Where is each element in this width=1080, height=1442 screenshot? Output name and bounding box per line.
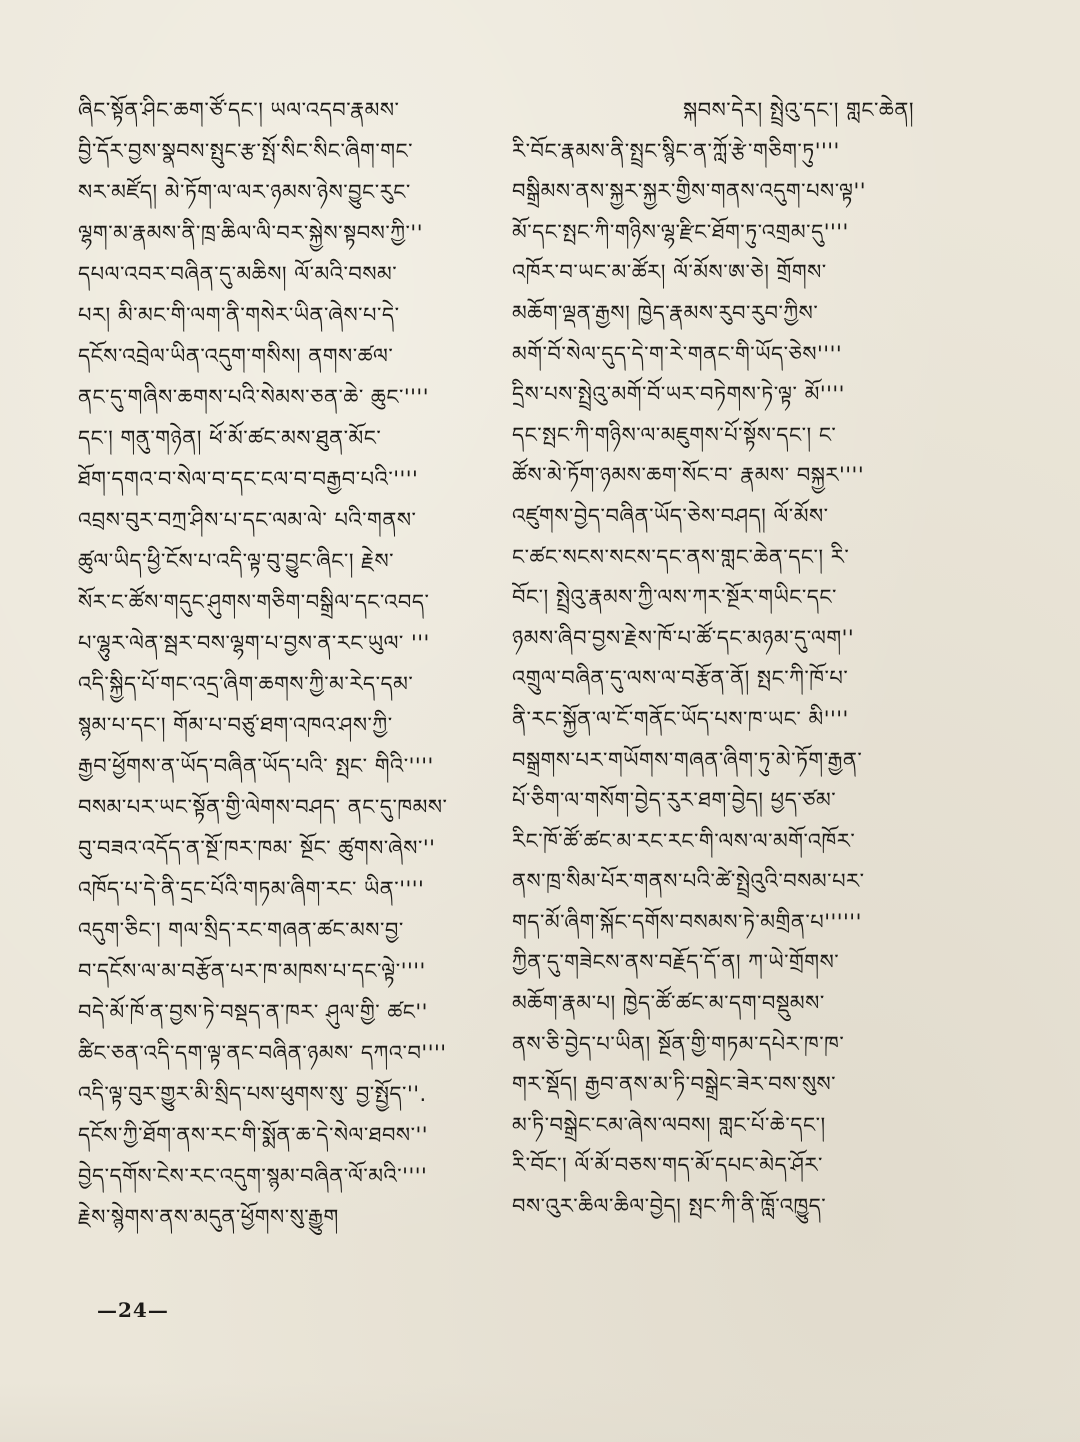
text-line: བ་དངོས་ལ་མ་བརྩོན་པར་ཁ་མཁས་པ་དང་ལྟེ་'''' <box>78 951 483 992</box>
text-line: གད་མོ་ཞིག་སྐོང་དགོས་བསམས་ཏེ་མགྲིན་པ'''''… <box>512 902 914 943</box>
text-line: ཐོག་དགའ་བ་སེལ་བ་དང་ངལ་བ་བརྒྱབ་པའི་'''' <box>78 459 483 500</box>
text-line: ཀྱིན་དུ་གཟེངས་ནས་བརྗོད་དོ་ན། ཀ་ཡེ་གྲོགས་ <box>512 942 914 983</box>
left-text-column: ཞིང་སྟོན་ཤིང་ཆག་ཙོ་དང་། ཡལ་འདབ་རྣམས་ བྱི… <box>78 90 483 1238</box>
page-bottom-shade <box>0 1382 1080 1442</box>
text-line: བས་འུར་ཆིལ་ཆིལ་བྱེད། སྤང་ཀི་ནི་ཁློ་འཁྱུད… <box>512 1186 914 1227</box>
text-line: དཔལ་འབར་བཞིན་དུ་མཆིས། ལོ་མའི་བསམ་ <box>78 254 483 295</box>
text-line: འདི་ལྟ་བུར་གྱུར་མི་སྲིད་པས་ཕུགས་སུ་ བྱ་ས… <box>78 1074 483 1115</box>
text-line: རི་བོང་། ལོ་མོ་བཅས་གད་མོ་དཔང་མེད་ཤོར་ <box>512 1145 914 1186</box>
text-line: བསྒྲགས་པར་གཡོགས་གཞན་ཞིག་ཏུ་མེ་ཏོག་རྒྱན་ <box>512 740 914 781</box>
text-line: ཚོས་མེ་ཏོག་ཉམས་ཆག་སོང་བ་ རྣམས་ བསྐྱར'''' <box>512 455 914 496</box>
text-line: བསམ་པར་ཡང་སྟོན་གྱི་ལེགས་བཤད་ ནང་དུ་ཁམས་ <box>78 787 483 828</box>
text-line: འགྲུལ་བཞིན་དུ་ལས་ལ་བརྩོན་ནོ། སྤང་ཀི་ཁོ་པ… <box>512 658 914 699</box>
text-line: ནས་ཁྲ་སིམ་པོར་གནས་པའི་ཚེ་སྤྲེའུའི་བསམ་པར… <box>512 861 914 902</box>
text-line: མ་ཏི་བསྒྲེང་ངམ་ཞེས་ལབས། གླང་པོ་ཆེ་དང་། <box>512 1105 914 1146</box>
text-line: སྙམ་པ་དང་། གོམ་པ་བཙུ་ཐག་འཁའ་ཤས་ཀྱི་ <box>78 705 483 746</box>
text-line: འཛུགས་བྱེད་བཞིན་ཡོད་ཅེས་བཤད། ལོ་མོས་ <box>512 496 914 537</box>
text-line: འདུག་ཅིང་། གལ་སྲིད་རང་གཞན་ཚང་མས་བྱ་ <box>78 910 483 951</box>
text-line: གར་སྡོད། རྒྱབ་ནས་མ་ཏི་བསྒྲེང་ཟེར་བས་སུས་ <box>512 1064 914 1105</box>
text-line: སར་མཛོད། མེ་ཏོག་ལ་ལར་ཉམས་ཉེས་བྱུང་རུང་ <box>78 172 483 213</box>
text-line: རི་བོང་རྣམས་ནི་སྤྲང་སྙིང་ན་ཀློ་རྩེ་གཅིག་… <box>512 131 914 172</box>
text-line: དངོས་འབྲེལ་ཡིན་འདུག་གསིས། ནགས་ཚལ་ <box>78 336 483 377</box>
text-line: བདེ་མོ་ཁོ་ན་བྱས་ཏེ་བསྡད་ན་ཁར་ ཤུལ་གྱི་ ཚ… <box>78 992 483 1033</box>
text-line: ནས་ཅི་བྱེད་པ་ཡིན། སྔོན་གྱི་གཏམ་དཔེར་ཁ་ཁ་ <box>512 1024 914 1065</box>
text-line: མོ་དང་སྤང་ཀི་གཉིས་ལྷ་རྫིང་ཐོག་ཏུ་འགྲམ་དུ… <box>512 212 914 253</box>
text-line: དང་སྤང་ཀི་གཉིས་ལ་མཇུགས་པོ་སྟོས་དང་། ང་ <box>512 415 914 456</box>
book-page: ཞིང་སྟོན་ཤིང་ཆག་ཙོ་དང་། ཡལ་འདབ་རྣམས་ བྱི… <box>0 0 1080 1442</box>
text-line: བསྒྲིམས་ནས་སྐྱར་སྐྱར་གྱིས་གནས་འདུག་པས་ལྟ… <box>512 171 914 212</box>
right-text-column: སྐབས་དེར། སྤྲེའུ་དང་། གླང་ཆེན། རི་བོང་རྣ… <box>512 90 914 1227</box>
text-line: ལྷག་མ་རྣམས་ནི་ཁྲ་ཆིལ་ལི་བར་སྐྱེས་སྟབས་ཀྱ… <box>78 213 483 254</box>
text-line: རིང་ཁོ་ཚོ་ཚང་མ་རང་རང་གི་ལས་ལ་མགོ་འཁོར་ <box>512 821 914 862</box>
text-line: སྐབས་དེར། སྤྲེའུ་དང་། གླང་ཆེན། <box>512 90 914 131</box>
text-line: བྱི་དོར་བྱས་སྣབས་སྤུང་རྩ་སྤོ་སིང་སིང་ཞིག… <box>78 131 483 172</box>
text-line: མཆོག་ལྡན་རྒྱས། ཁྱེད་རྣམས་རུབ་རུབ་ཀྱིས་ <box>512 293 914 334</box>
text-line: ནི་རང་སྐྱོན་ལ་ངོ་གནོང་ཡོད་པས་ཁ་ཡང་ མི'''… <box>512 699 914 740</box>
text-line: མཆོག་རྣམ་པ། ཁྱེད་ཚོ་ཚང་མ་དག་བསྡུམས་ <box>512 983 914 1024</box>
text-line: དང་། གནུ་གཉེན། ཕོ་མོ་ཚང་མས་ཐུན་མོང་ <box>78 418 483 459</box>
text-line: ནང་དུ་གཞིས་ཆགས་པའི་སེམས་ཅན་ཆེ་ ཆུང་'''' <box>78 377 483 418</box>
text-line: ཉམས་ཞིབ་བྱས་རྗེས་ཁོ་པ་ཚོ་དང་མཉམ་དུ་ལག'' <box>512 618 914 659</box>
text-line: རྗེས་སྙེགས་ནས་མདུན་ཕྱོགས་སུ་རྒྱུག <box>78 1197 483 1238</box>
text-line: དངོས་ཀྱི་ཐོག་ནས་རང་གི་སྨོན་ཆ་དེ་སེལ་ཐབས་… <box>78 1115 483 1156</box>
text-line: བྱེད་དགོས་ངེས་རང་འདུག་སྙམ་བཞིན་ལོ་མའི་''… <box>78 1156 483 1197</box>
text-line: འདི་སྐྱིད་པོ་གང་འདྲ་ཞིག་ཆགས་ཀྱི་མ་རེད་དམ… <box>78 664 483 705</box>
text-line: ཞིང་སྟོན་ཤིང་ཆག་ཙོ་དང་། ཡལ་འདབ་རྣམས་ <box>78 90 483 131</box>
page-number: —24— <box>97 1298 169 1322</box>
text-line: པར། མི་མང་གི་ལག་ནི་གསེར་ཡིན་ཞེས་པ་དེ་ <box>78 295 483 336</box>
text-line: མགོ་བོ་སེལ་དུད་དེ་ག་རེ་གནང་གི་ཡོད་ཅེས'''… <box>512 334 914 375</box>
text-line: ཚིང་ཅན་འདི་དག་ལྟ་ནང་བཞིན་ཉམས་ དཀའ་བ'''' <box>78 1033 483 1074</box>
text-line: སོར་ང་ཚོས་གདུང་ཤུགས་གཅིག་བསྒྲིལ་དང་འབད་ <box>78 582 483 623</box>
text-line: བུ་བཟའ་འདོད་ན་སྔོ་ཁར་ཁམ་ སྔོང་ ཚུགས་ཞེས་… <box>78 828 483 869</box>
text-line: དྲིས་པས་སྤྲེའུ་མགོ་བོ་ཡར་བཏེགས་ཏེ་ལྟ་ མོ… <box>512 374 914 415</box>
text-line: པ་ལྷུར་ལེན་སྦར་བས་ལྷག་པ་བྱས་ན་རང་ཡུལ་ ''… <box>78 623 483 664</box>
text-line: འཁོར་བ་ཡང་མ་ཚོར། ལོ་མོས་ཨ་ཅེ། གྲོགས་ <box>512 252 914 293</box>
text-line: པོ་ཅིག་ལ་གསོག་བྱེད་རུར་ཐག་བྱེད། ཕྱད་ཙམ་ <box>512 780 914 821</box>
text-line: བོང་། སྤྲེའུ་རྣམས་ཀྱི་ལས་ཀར་སྔོར་གཡིང་དང… <box>512 577 914 618</box>
text-line: ཚུལ་ཡིད་ཕྱི་ངོས་པ་འདི་ལྟ་བུ་བྱུང་ཞིང་། ར… <box>78 541 483 582</box>
text-line: རྒྱབ་ཕྱོགས་ན་ཡོད་བཞིན་ཡོད་པའི་ སྤང་ གིའི… <box>78 746 483 787</box>
text-line: འབྲས་བུར་བཀྲ་ཤིས་པ་དང་ལམ་ལེ་ པའི་གནས་ <box>78 500 483 541</box>
text-line: ང་ཚང་སངས་སངས་དང་ནས་གླང་ཆེན་དང་། རི་ <box>512 537 914 578</box>
text-line: འཁོད་པ་དེ་ནི་དྲང་པོའི་གཏམ་ཞིག་རང་ ཡིན་''… <box>78 869 483 910</box>
